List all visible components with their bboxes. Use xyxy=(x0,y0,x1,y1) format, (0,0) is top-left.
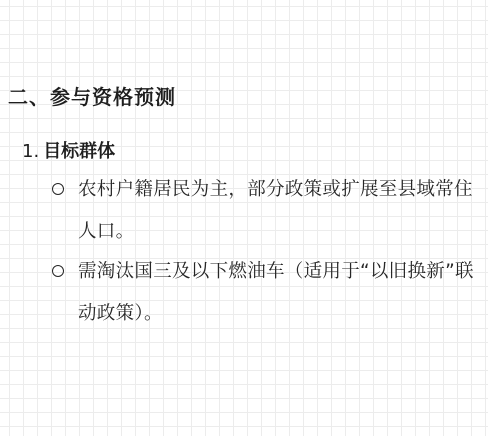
subsection-heading: 1.目标群体 xyxy=(22,137,115,163)
hollow-circle-bullet-icon xyxy=(52,265,64,277)
section-heading: 二、参与资格预测 xyxy=(8,81,176,110)
subsection-number: 1. xyxy=(22,141,39,162)
list-item-text: 需淘汰国三及以下燃油车（适用于“以旧换新”联动政策）。 xyxy=(78,251,482,335)
list-item: 需淘汰国三及以下燃油车（适用于“以旧换新”联动政策）。 xyxy=(52,251,482,335)
list-item-text: 农村户籍居民为主，部分政策或扩展至县域常住人口。 xyxy=(78,169,482,253)
hollow-circle-bullet-icon xyxy=(52,183,64,195)
list-item: 农村户籍居民为主，部分政策或扩展至县域常住人口。 xyxy=(52,169,482,253)
subsection-title: 目标群体 xyxy=(43,141,115,162)
